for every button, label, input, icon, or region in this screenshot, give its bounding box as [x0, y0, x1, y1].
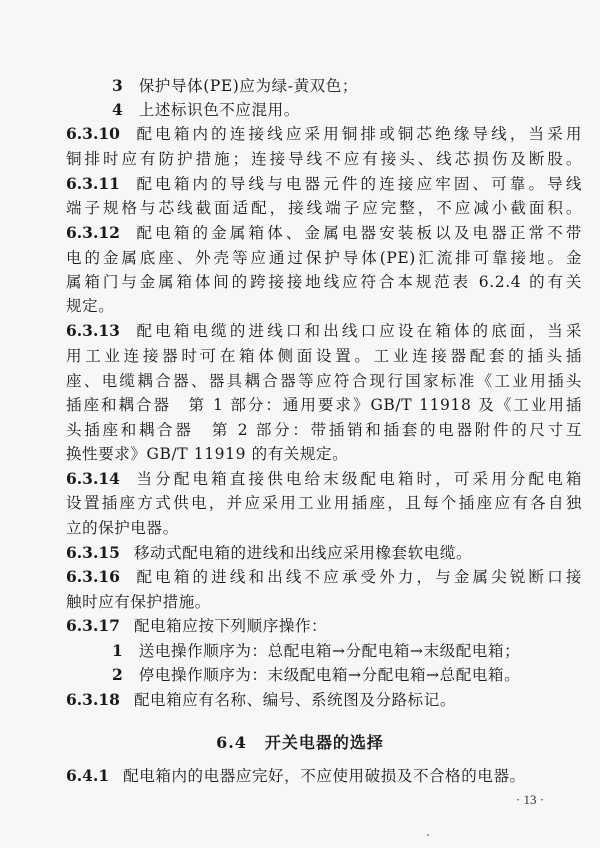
clause-number: 6.3.14: [66, 469, 120, 488]
text-line: 插座和耦合器 第 1 部分：通用要求》GB/T 11918 及《工业用插: [66, 395, 582, 415]
clause-number: 6.3.13: [66, 321, 120, 340]
text-line: 立的保护电器。: [66, 518, 582, 538]
clause-text: 移动式配电箱的进线和出线应采用橡套软电缆。: [134, 544, 472, 562]
section-heading: 6.4开关电器的选择: [0, 733, 600, 753]
clause-text: 配电箱应按下列顺序操作：: [134, 617, 327, 635]
item-number: 1: [112, 641, 123, 660]
clause-6-3-17: 6.3.17配电箱应按下列顺序操作：: [66, 616, 582, 636]
list-item-4: 4上述标识色不应混用。: [112, 100, 582, 120]
clause-text: 配电箱电缆的进线口和出线口应设在箱体的底面，当采: [134, 322, 582, 340]
section-number: 6.4: [216, 733, 247, 752]
clause-6-3-11: 6.3.11配电箱内的导线与电器元件的连接应牢固、可靠。导线: [66, 174, 582, 194]
clause-number: 6.3.12: [66, 223, 120, 242]
text-line: 触时应有保护措施。: [66, 592, 582, 612]
clause-text: 配电箱内的电器应完好，不应使用破损及不合格的电器。: [123, 767, 526, 785]
text-line-content: 规定。: [66, 297, 114, 315]
text-line-content: 换性要求》GB/T 11919 的有关规定。: [66, 445, 348, 463]
item-number: 2: [112, 665, 123, 684]
clause-6-3-15: 6.3.15移动式配电箱的进线和出线应采用橡套软电缆。: [66, 543, 582, 563]
item-text: 送电操作顺序为：总配电箱→分配电箱→末级配电箱；: [139, 642, 520, 660]
item-text: 上述标识色不应混用。: [139, 101, 300, 119]
item-number: 3: [112, 76, 123, 95]
clause-6-3-18: 6.3.18配电箱应有名称、编号、系统图及分路标记。: [66, 690, 582, 710]
item-number: 4: [112, 100, 123, 119]
clause-number: 6.3.11: [66, 174, 120, 193]
text-line: 座、电缆耦合器、器具耦合器等应符合现行国家标准《工业用插头: [66, 371, 582, 391]
scan-speck: [200, 353, 202, 355]
clause-6-3-10: 6.3.10配电箱内的连接线应采用铜排或铜芯绝缘导线，当采用: [66, 124, 582, 144]
clause-text: 配电箱内的导线与电器元件的连接应牢固、可靠。导线: [134, 175, 582, 193]
clause-number: 6.3.18: [66, 690, 120, 709]
clause-6-3-12: 6.3.12配电箱的金属箱体、金属电器安装板以及电器正常不带: [66, 223, 582, 243]
text-line: 头插座和耦合器 第 2 部分：带插销和插套的电器附件的尺寸互: [66, 420, 582, 440]
clause-6-3-16: 6.3.16配电箱的进线和出线不应承受外力，与金属尖锐断口接: [66, 567, 582, 587]
clause-number: 6.3.10: [66, 124, 120, 143]
clause-text: 当分配电箱直接供电给末级配电箱时，可采用分配电箱: [134, 470, 582, 488]
text-line: 设置插座方式供电，并应采用工业用插座，且每个插座应有各自独: [66, 493, 582, 513]
text-line-content: 端子规格与芯线截面适配，接线端子应完整，不应减小截面积。: [66, 199, 582, 217]
list-item-3: 3保护导体(PE)应为绿-黄双色；: [112, 76, 582, 96]
text-line-content: 头插座和耦合器 第 2 部分：带插销和插套的电器附件的尺寸互: [66, 421, 582, 439]
scan-speck: [427, 834, 429, 836]
clause-6-3-13: 6.3.13配电箱电缆的进线口和出线口应设在箱体的底面，当采: [66, 321, 582, 341]
clause-text: 配电箱的进线和出线不应承受外力，与金属尖锐断口接: [134, 568, 582, 586]
text-line-content: 电的金属底座、外壳等应通过保护导体(PE)汇流排可靠接地。金: [66, 249, 582, 267]
section-title: 开关电器的选择: [265, 733, 384, 752]
item-text: 保护导体(PE)应为绿-黄双色；: [139, 77, 358, 95]
clause-number: 6.3.16: [66, 567, 120, 586]
text-line-content: 立的保护电器。: [66, 519, 179, 537]
clause-text: 配电箱内的连接线应采用铜排或铜芯绝缘导线，当采用: [134, 125, 582, 143]
clause-6-4-1: 6.4.1配电箱内的电器应完好，不应使用破损及不合格的电器。: [66, 766, 582, 786]
page-number: · 13 ·: [490, 792, 570, 808]
text-line: 铜排时应有防护措施；连接导线不应有接头、线芯损伤及断股。: [66, 149, 582, 169]
text-line: 规定。: [66, 296, 582, 316]
text-line-content: 用工业连接器时可在箱体侧面设置。工业连接器配套的插头插: [66, 347, 582, 365]
list-item-1: 1送电操作顺序为：总配电箱→分配电箱→末级配电箱；: [112, 641, 582, 661]
text-line: 换性要求》GB/T 11919 的有关规定。: [66, 444, 582, 464]
document-page: 3保护导体(PE)应为绿-黄双色； 4上述标识色不应混用。 6.3.10配电箱内…: [0, 0, 600, 848]
text-line-content: 座、电缆耦合器、器具耦合器等应符合现行国家标准《工业用插头: [66, 372, 582, 390]
text-line-content: 属箱门与金属箱体间的跨接接地线应符合本规范表 6.2.4 的有关: [66, 273, 582, 291]
text-line-content: 触时应有保护措施。: [66, 593, 211, 611]
text-line-content: 插座和耦合器 第 1 部分：通用要求》GB/T 11918 及《工业用插: [66, 396, 582, 414]
clause-number: 6.4.1: [66, 766, 109, 785]
clause-number: 6.3.15: [66, 543, 120, 562]
text-line: 属箱门与金属箱体间的跨接接地线应符合本规范表 6.2.4 的有关: [66, 272, 582, 292]
clause-6-3-14: 6.3.14当分配电箱直接供电给末级配电箱时，可采用分配电箱: [66, 469, 582, 489]
clause-text: 配电箱应有名称、编号、系统图及分路标记。: [134, 691, 456, 709]
clause-number: 6.3.17: [66, 616, 120, 635]
text-line: 用工业连接器时可在箱体侧面设置。工业连接器配套的插头插: [66, 346, 582, 366]
list-item-2: 2停电操作顺序为：末级配电箱→分配电箱→总配电箱。: [112, 665, 582, 685]
text-line-content: 设置插座方式供电，并应采用工业用插座，且每个插座应有各自独: [66, 494, 582, 512]
text-line: 电的金属底座、外壳等应通过保护导体(PE)汇流排可靠接地。金: [66, 248, 582, 268]
item-text: 停电操作顺序为：末级配电箱→分配电箱→总配电箱。: [139, 666, 520, 684]
text-line-content: 铜排时应有防护措施；连接导线不应有接头、线芯损伤及断股。: [66, 150, 582, 168]
clause-text: 配电箱的金属箱体、金属电器安装板以及电器正常不带: [134, 224, 582, 242]
text-line: 端子规格与芯线截面适配，接线端子应完整，不应减小截面积。: [66, 198, 582, 218]
